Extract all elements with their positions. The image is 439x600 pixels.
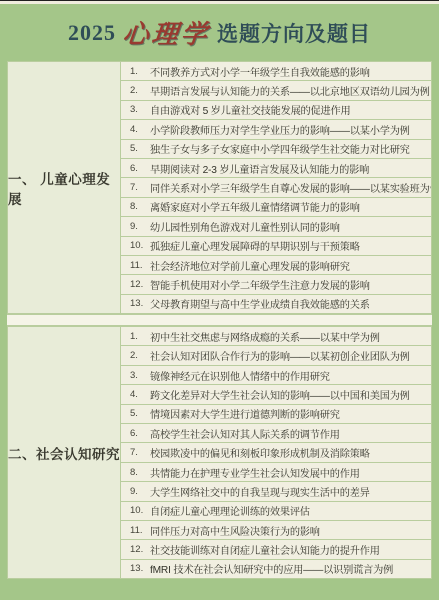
topic-row: 11.社会经济地位对学前儿童心理发展的影响研究 [121,256,431,274]
topic-row: 4.小学阶段教师压力对学生学业压力的影响——以某小学为例 [121,120,431,138]
section-divider [7,314,432,326]
topic-row: 12.社交技能训练对自闭症儿童社会认知能力的提升作用 [121,540,431,558]
topic-number: 11. [128,260,150,271]
topic-row: 3.镜像神经元在识别他人情绪中的作用研究 [121,366,431,384]
tables-area: 一、 儿童心理发展1.不同教养方式对小学一年级学生自我效能感的影响2.早期语言发… [7,61,432,579]
topic-number: 3. [128,104,150,115]
topic-row: 8.离婚家庭对小学五年级儿童情绪调节能力的影响 [121,198,431,216]
topic-text: 社交技能训练对自闭症儿童社会认知能力的提升作用 [150,542,380,557]
topic-row: 7.校园欺凌中的偏见和刻板印象形成机制及消除策略 [121,443,431,461]
topic-row: 10.孤独症儿童心理发展障碍的早期识别与干预策略 [121,237,431,255]
topics-poster: 2025 心理学 选题方向及题目 一、 儿童心理发展1.不同教养方式对小学一年级… [0,0,439,600]
topic-row: 12.智能手机使用对小学二年级学生注意力发展的影响 [121,275,431,293]
topic-number: 2. [128,85,150,96]
topic-row: 6.早期阅读对 2-3 岁儿童语言发展及认知能力的影响 [121,159,431,177]
topic-number: 9. [128,221,150,232]
topic-row: 10.自闭症儿童心理理论训练的效果评估 [121,502,431,520]
topic-text: 校园欺凌中的偏见和刻板印象形成机制及消除策略 [150,445,370,460]
topic-row: 2.早期语言发展与认知能力的关系——以北京地区双语幼儿园为例 [121,81,431,99]
topic-row: 9.幼儿园性别角色游戏对儿童性别认同的影响 [121,217,431,235]
section-label: 一、 儿童心理发展 [8,62,120,313]
topic-number: 4. [128,389,150,400]
topic-text: 大学生网络社交中的自我呈现与现实生活中的差异 [150,484,370,499]
topic-number: 1. [128,331,150,342]
topic-number: 10. [128,240,150,251]
topic-number: 5. [128,408,150,419]
title-subject: 心理学 [119,14,214,51]
topic-text: fMRI 技术在社会认知研究中的应用——以识别谎言为例 [150,561,393,576]
topic-row: 9.大学生网络社交中的自我呈现与现实生活中的差异 [121,482,431,500]
topic-row: 5.情境因素对大学生进行道德判断的影响研究 [121,405,431,423]
topic-text: 自闭症儿童心理理论训练的效果评估 [150,503,310,518]
topic-text: 独生子女与多子女家庭中小学四年级学生社交能力对比研究 [150,141,410,156]
topic-number: 3. [128,370,150,381]
topic-text: 社会经济地位对学前儿童心理发展的影响研究 [150,258,350,273]
topic-row: 2.社会认知对团队合作行为的影响——以某初创企业团队为例 [121,346,431,364]
topic-number: 7. [128,447,150,458]
topic-row: 7.同伴关系对小学三年级学生自尊心发展的影响——以某实验班为例 [121,178,431,196]
topic-text: 早期语言发展与认知能力的关系——以北京地区双语幼儿园为例 [150,83,430,98]
topic-row: 6.高校学生社会认知对其人际关系的调节作用 [121,424,431,442]
topic-text: 不同教养方式对小学一年级学生自我效能感的影响 [150,64,370,79]
topic-number: 5. [128,143,150,154]
topic-text: 初中生社交焦虑与网络成瘾的关系——以某中学为例 [150,329,380,344]
topic-text: 小学阶段教师压力对学生学业压力的影响——以某小学为例 [150,122,410,137]
topic-number: 2. [128,350,150,361]
topic-text: 幼儿园性别角色游戏对儿童性别认同的影响 [150,219,340,234]
topic-text: 共情能力在护理专业学生社会认知发展中的作用 [150,465,360,480]
topic-row: 5.独生子女与多子女家庭中小学四年级学生社交能力对比研究 [121,140,431,158]
topic-text: 早期阅读对 2-3 岁儿童语言发展及认知能力的影响 [150,161,369,176]
title-rest: 选题方向及题目 [217,18,371,48]
topic-number: 8. [128,467,150,478]
section-table-social-cognition: 二、社会认知研究1.初中生社交焦虑与网络成瘾的关系——以某中学为例2.社会认知对… [7,326,432,579]
topic-row: 4.跨文化差异对大学生社会认知的影响——以中国和美国为例 [121,385,431,403]
title-year: 2025 [68,20,116,46]
topic-number: 6. [128,428,150,439]
topic-number: 12. [128,544,150,555]
topic-number: 6. [128,163,150,174]
topic-number: 1. [128,66,150,77]
topic-text: 父母教育期望与高中生学业成绩自我效能感的关系 [150,296,370,311]
topic-number: 8. [128,201,150,212]
topic-text: 同伴压力对高中生风险决策行为的影响 [150,523,320,538]
topic-number: 9. [128,486,150,497]
topic-text: 镜像神经元在识别他人情绪中的作用研究 [150,368,330,383]
topic-number: 10. [128,505,150,516]
section-label: 二、社会认知研究 [8,327,120,578]
topic-row: 3.自由游戏对 5 岁儿童社交技能发展的促进作用 [121,101,431,119]
topic-text: 跨文化差异对大学生社会认知的影响——以中国和美国为例 [150,387,410,402]
topic-row: 8.共情能力在护理专业学生社会认知发展中的作用 [121,463,431,481]
topic-text: 情境因素对大学生进行道德判断的影响研究 [150,406,340,421]
topic-row: 1.初中生社交焦虑与网络成瘾的关系——以某中学为例 [121,327,431,345]
topic-number: 12. [128,279,150,290]
topic-number: 13. [128,563,150,574]
topic-number: 7. [128,182,150,193]
page-title: 2025 心理学 选题方向及题目 [0,4,439,61]
topic-text: 同伴关系对小学三年级学生自尊心发展的影响——以某实验班为例 [150,180,431,195]
section-table-child-psychology: 一、 儿童心理发展1.不同教养方式对小学一年级学生自我效能感的影响2.早期语言发… [7,61,432,314]
topic-number: 11. [128,525,150,536]
topic-row: 1.不同教养方式对小学一年级学生自我效能感的影响 [121,62,431,80]
topic-text: 孤独症儿童心理发展障碍的早期识别与干预策略 [150,238,360,253]
topic-row: 13.fMRI 技术在社会认知研究中的应用——以识别谎言为例 [121,560,431,578]
topic-text: 智能手机使用对小学二年级学生注意力发展的影响 [150,277,370,292]
topic-number: 13. [128,298,150,309]
topic-row: 13.父母教育期望与高中生学业成绩自我效能感的关系 [121,295,431,313]
topic-text: 自由游戏对 5 岁儿童社交技能发展的促进作用 [150,102,351,117]
topic-text: 高校学生社会认知对其人际关系的调节作用 [150,426,340,441]
topic-number: 4. [128,124,150,135]
topic-text: 离婚家庭对小学五年级儿童情绪调节能力的影响 [150,199,360,214]
topic-text: 社会认知对团队合作行为的影响——以某初创企业团队为例 [150,348,410,363]
topic-row: 11.同伴压力对高中生风险决策行为的影响 [121,521,431,539]
